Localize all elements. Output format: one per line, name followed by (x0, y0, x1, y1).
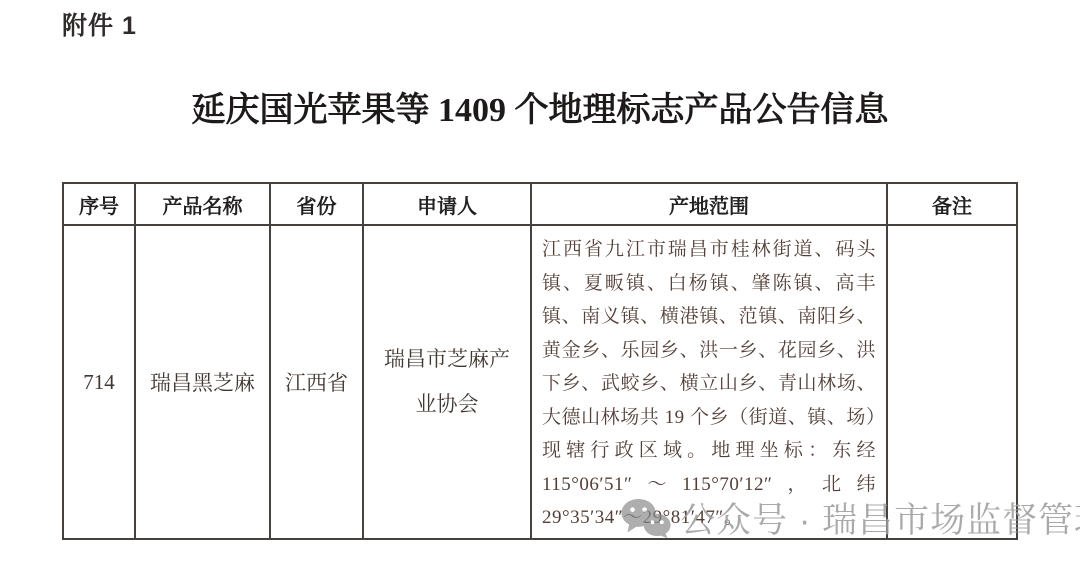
cell-applicant: 瑞昌市芝麻产业协会 (363, 225, 531, 539)
table-header-row: 序号 产品名称 省份 申请人 产地范围 备注 (63, 183, 1017, 225)
cell-remark (887, 225, 1017, 539)
document-page: 附件 1 延庆国光苹果等 1409 个地理标志产品公告信息 序号 产品名称 省份… (0, 0, 1080, 567)
col-header-area: 产地范围 (531, 183, 887, 225)
attachment-label: 附件 1 (62, 6, 137, 42)
col-header-province: 省份 (270, 183, 363, 225)
cell-product-name: 瑞昌黑芝麻 (135, 225, 270, 539)
col-header-product-name: 产品名称 (135, 183, 270, 225)
gi-products-table: 序号 产品名称 省份 申请人 产地范围 备注 714 瑞昌黑芝麻 江西省 瑞昌市… (62, 182, 1018, 540)
table-row: 714 瑞昌黑芝麻 江西省 瑞昌市芝麻产业协会 江西省九江市瑞昌市桂林街道、码头… (63, 225, 1017, 539)
col-header-remark: 备注 (887, 183, 1017, 225)
col-header-applicant: 申请人 (363, 183, 531, 225)
cell-seq: 714 (63, 225, 135, 539)
col-header-seq: 序号 (63, 183, 135, 225)
page-title: 延庆国光苹果等 1409 个地理标志产品公告信息 (0, 82, 1080, 131)
cell-area: 江西省九江市瑞昌市桂林街道、码头镇、夏畈镇、白杨镇、肇陈镇、高丰镇、南义镇、横港… (531, 225, 887, 539)
cell-province: 江西省 (270, 225, 363, 539)
